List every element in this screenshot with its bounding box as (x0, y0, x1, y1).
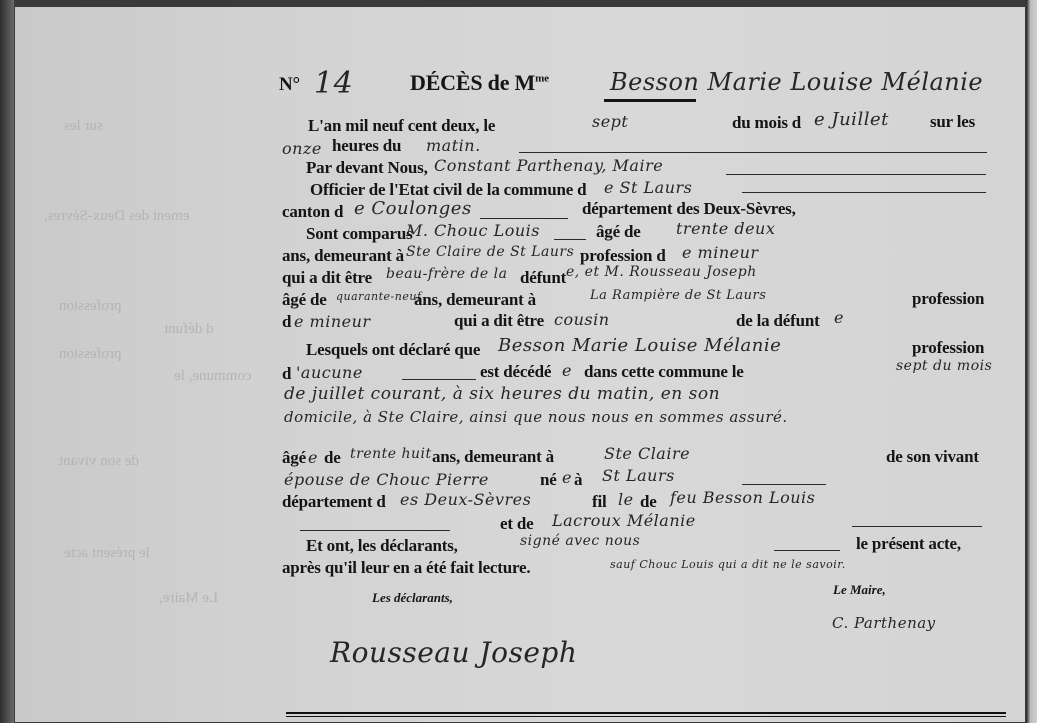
handwritten-exception-note: sauf Chouc Louis qui a dit ne le savoir. (610, 558, 846, 571)
bleed-text: sur les (64, 118, 103, 135)
bottom-rule (286, 716, 1006, 717)
printed-text: profession (912, 289, 984, 309)
bleed-text: le présent acte (64, 545, 150, 562)
printed-text: le présent acte, (856, 534, 961, 554)
printed-text: Sont comparus (306, 224, 413, 244)
printed-text: à (574, 470, 582, 490)
handwritten-profession-deceased: 'aucune (296, 363, 363, 382)
handwritten-father: feu Besson Louis (670, 488, 815, 507)
printed-text: Lesquels ont déclaré que (306, 340, 480, 360)
maire-label: Le Maire, (833, 582, 886, 598)
handwritten-signature-clause: signé avec nous (520, 533, 640, 549)
printed-text: département d (282, 492, 386, 512)
handwritten-birth-department: es Deux-Sèvres (400, 490, 531, 509)
handwritten-residence-2: La Rampière de St Laurs (590, 288, 766, 303)
fill-line (402, 379, 476, 380)
printed-text: fil (592, 492, 607, 512)
declarants-label: Les déclarants, (372, 590, 453, 606)
handwritten-month: e Juillet (814, 109, 889, 130)
handwritten-relation-1: beau-frère de la (386, 266, 507, 282)
record-number-label: N° (279, 74, 300, 96)
printed-text: et de (500, 514, 533, 534)
title-superscript: me (535, 73, 549, 85)
fill-line (300, 530, 450, 531)
handwritten-time-of-day: matin. (426, 136, 481, 155)
bottom-rule (286, 712, 1006, 714)
handwritten-day: sept (592, 112, 628, 131)
maire-signature: C. Parthenay (832, 614, 936, 632)
fill-line (742, 484, 826, 485)
register-page: sur les ement des Deux-Sèvres, professio… (14, 6, 1026, 723)
record-number: 14 (314, 66, 353, 101)
printed-text: ans, demeurant à (414, 290, 536, 310)
printed-text: de (640, 492, 657, 512)
bleed-text: de son vivant (59, 453, 139, 470)
bleed-text: profession (59, 346, 122, 363)
printed-text: âgé (282, 448, 306, 468)
printed-text: ans, demeurant à (432, 447, 554, 467)
handwritten-age-deceased: trente huit (350, 446, 432, 462)
handwritten-birthplace: St Laurs (602, 466, 675, 485)
handwritten-declarant-2: e, et M. Rousseau Joseph (566, 264, 757, 280)
handwritten-mother: Lacroux Mélanie (552, 511, 696, 530)
printed-text: canton d (282, 202, 343, 222)
handwritten-gender-mark: e (562, 361, 572, 380)
printed-text: sur les (930, 112, 975, 132)
printed-text: de son vivant (886, 447, 979, 467)
fill-line (726, 174, 986, 175)
printed-text: du mois d (732, 113, 801, 133)
handwritten-gender-mark: e (834, 308, 844, 327)
printed-text: L'an mil neuf cent deux, le (308, 116, 495, 136)
handwritten-officer: Constant Parthenay, Maire (434, 156, 663, 175)
fill-line (554, 239, 586, 240)
handwritten-death-date: sept du mois (896, 358, 992, 374)
bleed-text: ement des Deux-Sèvres, (44, 208, 189, 225)
handwritten-death-details: de juillet courant, à six heures du mati… (284, 384, 720, 404)
printed-text: défunt (520, 268, 566, 288)
printed-text: qui a dit être (282, 268, 372, 288)
handwritten-death-place: domicile, à Ste Claire, ainsi que nous n… (284, 408, 788, 426)
handwritten-age-1: trente deux (676, 219, 775, 238)
declarant-signature: Rousseau Joseph (330, 636, 577, 669)
handwritten-residence-deceased: Ste Claire (604, 444, 690, 463)
title-underline (604, 99, 696, 102)
printed-text: ans, demeurant à (282, 246, 404, 266)
printed-text: de la défunt (736, 311, 820, 331)
handwritten-relation-2: cousin (554, 310, 610, 329)
printed-text: âgé de (596, 222, 641, 242)
scan-border-right (1026, 0, 1037, 723)
record-title: DÉCÈS de Mme (410, 70, 549, 96)
handwritten-commune: e St Laurs (604, 178, 692, 197)
printed-text: profession d (580, 246, 666, 266)
printed-text: est décédé (480, 362, 551, 382)
title-text: DÉCÈS de M (410, 70, 535, 95)
printed-text: profession (912, 338, 984, 358)
scan-border-left (0, 0, 14, 723)
printed-text: Officier de l'Etat civil de la commune d (310, 180, 586, 200)
fill-line (852, 526, 982, 527)
printed-text: Par devant Nous, (306, 158, 428, 178)
printed-text: qui a dit être (454, 311, 544, 331)
handwritten-gender-mark: le (618, 490, 634, 509)
printed-text: d (282, 364, 291, 384)
bleed-text: profession (59, 298, 122, 315)
printed-text: âgé de (282, 290, 327, 310)
fill-line (774, 550, 840, 551)
printed-text: heures du (332, 136, 401, 156)
handwritten-canton: e Coulonges (354, 198, 472, 219)
printed-text: d (282, 312, 291, 332)
printed-text: après qu'il leur en a été fait lecture. (282, 558, 530, 578)
handwritten-gender-mark: e (562, 468, 572, 487)
fill-line (519, 152, 987, 153)
fill-line (742, 192, 986, 193)
handwritten-residence-1: Ste Claire de St Laurs (406, 244, 574, 260)
printed-text: département des Deux-Sèvres, (582, 199, 796, 219)
handwritten-spouse: épouse de Chouc Pierre (284, 470, 489, 489)
handwritten-hour: onze (282, 139, 322, 158)
handwritten-declarant-1: M. Chouc Louis (406, 221, 540, 240)
handwritten-deceased-name: Besson Marie Louise Mélanie (498, 335, 781, 356)
printed-text: Et ont, les déclarants, (306, 536, 458, 556)
handwritten-gender-mark: e (308, 448, 318, 467)
printed-text: dans cette commune le (584, 362, 744, 382)
handwritten-profession-2: e mineur (294, 312, 371, 331)
bleed-text: d défunt (164, 321, 214, 338)
bleed-text: commune, le (174, 368, 251, 385)
handwritten-profession-1: e mineur (682, 243, 759, 262)
printed-text: né (540, 470, 557, 490)
printed-text: de (324, 448, 341, 468)
deceased-name: Besson Marie Louise Mélanie (610, 68, 983, 96)
bleed-text: Le Maire, (159, 590, 218, 607)
handwritten-age-2: quarante-neuf (336, 290, 421, 303)
fill-line (480, 218, 568, 219)
